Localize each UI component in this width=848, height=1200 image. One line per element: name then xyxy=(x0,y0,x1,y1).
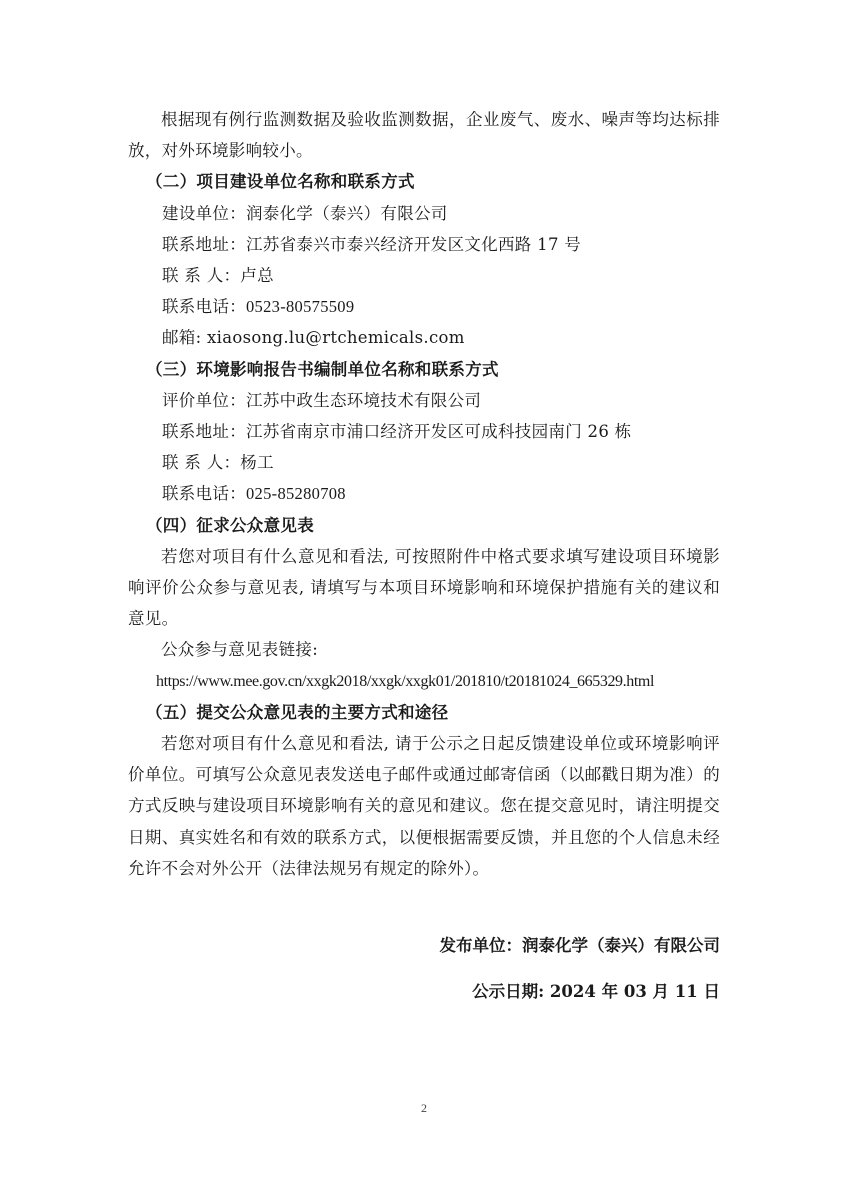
opinion-form-link[interactable]: https://www.mee.gov.cn/xxgk2018/xxgk/xxg… xyxy=(128,666,720,697)
field-builder-email: 邮箱: xiaosong.lu@rtchemicals.com xyxy=(128,322,720,353)
field-value: 润泰化学（泰兴）有限公司 xyxy=(246,204,448,223)
field-label: 联系电话： xyxy=(162,484,246,503)
field-label: 邮箱: xyxy=(162,328,207,347)
section-heading-report-preparer: （三）环境影响报告书编制单位名称和联系方式 xyxy=(128,354,720,385)
field-value: 杨工 xyxy=(240,453,274,472)
field-label: 联系地址： xyxy=(162,235,246,254)
section-heading-public-opinion-form: （四）征求公众意见表 xyxy=(128,510,720,541)
field-builder-address: 联系地址：江苏省泰兴市泰兴经济开发区文化西路 17 号 xyxy=(128,229,720,260)
page-number: 2 xyxy=(0,1101,848,1116)
field-evaluator-unit: 评价单位：江苏中政生态环境技术有限公司 xyxy=(128,385,720,416)
field-label: 联系电话： xyxy=(162,297,246,316)
field-builder-contact-person: 联 系 人：卢总 xyxy=(128,260,720,291)
field-evaluator-phone: 联系电话：025-85280708 xyxy=(128,478,720,509)
field-label: 联 系 人： xyxy=(162,453,240,472)
field-evaluator-address: 联系地址：江苏省南京市浦口经济开发区可成科技园南门 26 栋 xyxy=(128,416,720,447)
field-value: 025-85280708 xyxy=(246,484,346,503)
email-link[interactable]: xiaosong.lu@rtchemicals.com xyxy=(207,328,465,347)
field-value: 0523-80575509 xyxy=(246,297,354,316)
publisher-signoff: 发布单位：润泰化学（泰兴）有限公司 xyxy=(440,932,721,956)
field-value: 江苏省南京市浦口经济开发区可成科技园南门 26 栋 xyxy=(246,422,632,441)
section-heading-submission-methods: （五）提交公众意见表的主要方式和途径 xyxy=(128,697,720,728)
section-heading-builder-contact: （二）项目建设单位名称和联系方式 xyxy=(128,166,720,197)
field-value: 卢总 xyxy=(240,266,274,285)
field-builder-phone: 联系电话：0523-80575509 xyxy=(128,291,720,322)
field-builder-unit: 建设单位：润泰化学（泰兴）有限公司 xyxy=(128,198,720,229)
field-value: 江苏省泰兴市泰兴经济开发区文化西路 17 号 xyxy=(246,235,581,254)
document-body: 根据现有例行监测数据及验收监测数据，企业废气、废水、噪声等均达标排放，对外环境影… xyxy=(128,104,720,884)
submission-methods-paragraph: 若您对项目有什么意见和看法, 请于公示之日起反馈建设单位或环境影响评价单位。可填… xyxy=(128,728,720,884)
field-evaluator-contact-person: 联 系 人：杨工 xyxy=(128,447,720,478)
field-value: 江苏中政生态环境技术有限公司 xyxy=(246,391,481,410)
opinion-form-paragraph: 若您对项目有什么意见和看法, 可按照附件中格式要求填写建设项目环境影响评价公众参… xyxy=(128,541,720,635)
field-label: 联 系 人： xyxy=(162,266,240,285)
publication-date: 公示日期: 2024 年 03 月 11 日 xyxy=(472,978,720,1002)
document-page: 根据现有例行监测数据及验收监测数据，企业废气、废水、噪声等均达标排放，对外环境影… xyxy=(0,0,848,1200)
intro-paragraph: 根据现有例行监测数据及验收监测数据，企业废气、废水、噪声等均达标排放，对外环境影… xyxy=(128,104,720,166)
field-label: 联系地址： xyxy=(162,422,246,441)
field-label: 建设单位： xyxy=(162,204,246,223)
opinion-form-link-label: 公众参与意见表链接: xyxy=(128,634,720,665)
field-label: 评价单位： xyxy=(162,391,246,410)
